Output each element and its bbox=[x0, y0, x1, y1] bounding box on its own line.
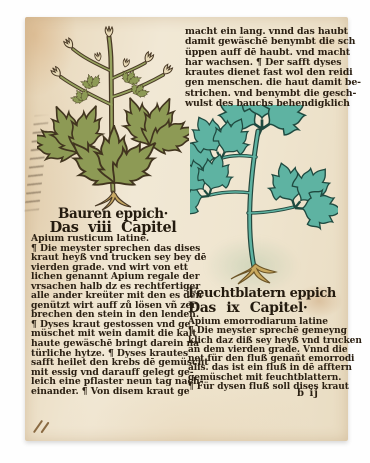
feuchtblatern-eppich-woodcut-illustration bbox=[190, 105, 338, 295]
text-block-bottom-right: Apium emorrodiarum latine¶ Die meyster s… bbox=[188, 318, 350, 392]
bauren-eppich-woodcut-illustration bbox=[37, 23, 189, 213]
text-line: wulst des bauchs behendigklich bbox=[185, 99, 345, 109]
text-block-left: Apium rusticum latine.¶ Die meyster spre… bbox=[31, 234, 197, 396]
heading-feuchtblatern-eppich: Feuchtblatern eppich bbox=[188, 286, 336, 301]
plant-leaves bbox=[190, 105, 338, 248]
plant-root bbox=[231, 264, 276, 284]
book-page: macht ein lang. vnnd das haubtdamit gewä… bbox=[25, 17, 348, 441]
text-line: einander. ¶ Von disem kraut ge bbox=[31, 387, 197, 397]
text-block-top-right: macht ein lang. vnnd das haubtdamit gewä… bbox=[185, 27, 345, 109]
heading-chapter-ix: Das ix Capitel· bbox=[188, 300, 307, 316]
quire-signature-mark: b ij bbox=[297, 388, 341, 399]
pen-mark bbox=[37, 419, 59, 437]
